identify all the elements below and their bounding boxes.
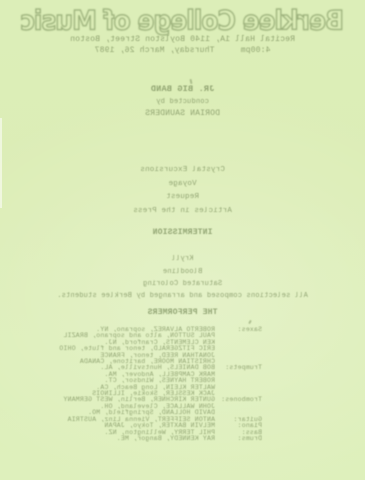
performers-heading: THE PERFORMERS: [0, 308, 365, 317]
second-set-list: Kryll Bloodline Saturated Coloring: [0, 253, 365, 291]
roster-row: Drums: RAY KENNEDY, Bangor, ME.: [0, 436, 365, 442]
conducted-by-label: conducted by: [0, 98, 365, 106]
scanned-program-page: Berklee College of Music Recital Hall 1A…: [0, 0, 365, 480]
mirrored-bleedthrough-layer: Berklee College of Music Recital Hall 1A…: [0, 0, 365, 480]
tune-title: Kryll: [0, 253, 365, 266]
concert-time: 4:00pm: [241, 46, 271, 55]
stray-pen-mark: [248, 320, 252, 324]
performers-roster: Saxes: ROBERTO ALVAREZ, soprano, NY. PAU…: [0, 327, 365, 442]
tune-title: Request: [0, 191, 365, 205]
ensemble-block: JR. BIG BAND conducted by DORIAN SAUNDER…: [0, 84, 365, 118]
conductor-name: DORIAN SAUNDERS: [0, 109, 365, 118]
first-set-list: Crystal Excursions Voyage Request Articl…: [0, 164, 365, 218]
section-label: Drums:: [215, 436, 262, 442]
tune-title: Crystal Excursions: [0, 164, 365, 178]
ensemble-name: JR. BIG BAND: [0, 84, 365, 94]
intermission-heading: INTERMISSION: [0, 228, 365, 237]
performer-line: RAY KENNEDY, Bangor, ME.: [117, 436, 215, 442]
venue-address-line: Recital Hall 1A, 1140 Boylston Street, B…: [0, 35, 365, 44]
arrangement-credit-note: All selections composed and arranged by …: [0, 292, 365, 300]
date-time-line: 4:00pm Thursday, March 26, 1987: [0, 46, 365, 55]
tune-title: Articles in the Press: [0, 205, 365, 219]
tune-title: Voyage: [0, 178, 365, 192]
college-masthead-title: Berklee College of Music: [0, 5, 365, 35]
concert-date: Thursday, March 26, 1987: [94, 46, 214, 55]
tune-title: Saturated Coloring: [0, 278, 365, 291]
tune-title: Bloodline: [0, 266, 365, 279]
